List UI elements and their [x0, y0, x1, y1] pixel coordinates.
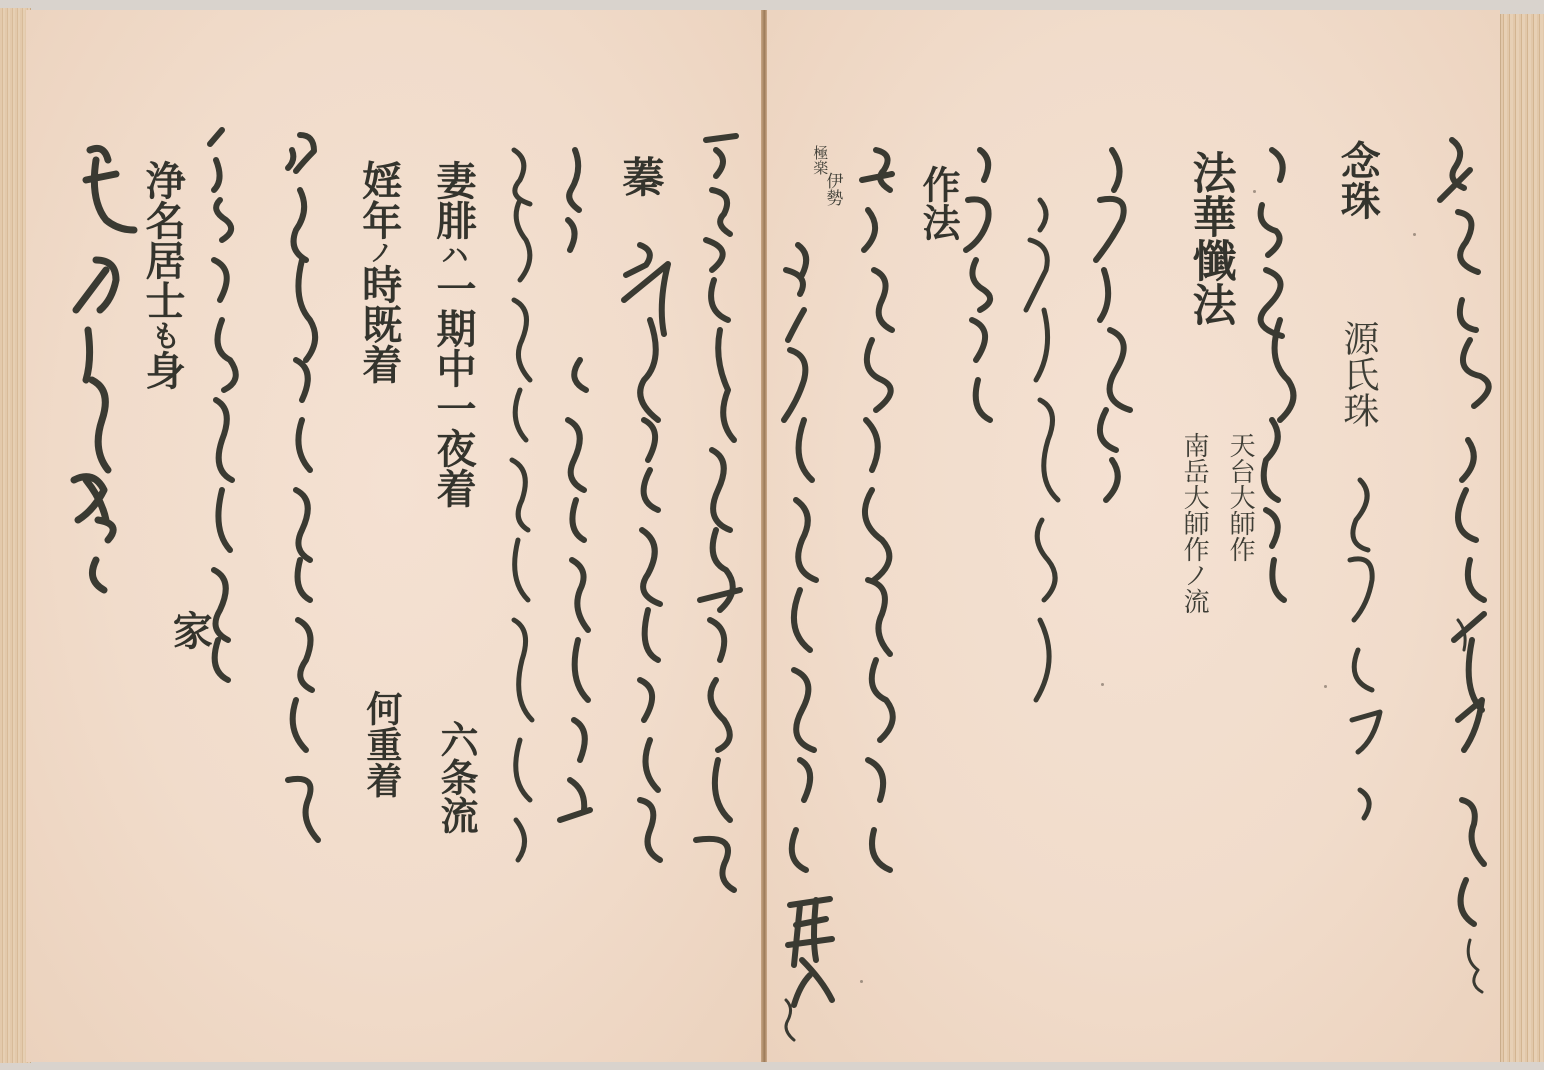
right-page-edges [1500, 14, 1544, 1062]
paper-speck [1253, 190, 1256, 193]
kanji-shin: 蓁 [618, 155, 663, 197]
right-page [767, 10, 1500, 1062]
text-rokujo-ryu: 六条流 [436, 720, 477, 834]
text-jomyo-koji: 浄名居士も身 [140, 160, 184, 390]
annotation-ise: 伊勢 [823, 172, 841, 206]
heading-nenju: 念珠 [1336, 140, 1379, 220]
paper-speck [1413, 233, 1416, 236]
text-nanju-chaku: 何重着 [362, 690, 401, 798]
paper-speck [1324, 685, 1327, 688]
heading-saho: 作法 [918, 165, 959, 241]
annotation-tendai-daishi: 天台大師作 [1226, 432, 1254, 562]
text-genjidama: 源氏珠 [1338, 320, 1377, 428]
text-column-l6: 婬年ノ時既着 [356, 160, 401, 384]
kanji-ie: 家 [168, 610, 211, 650]
paper-speck [1101, 683, 1104, 686]
annotation-gokuraku: 極楽 [812, 145, 828, 175]
open-book: 念珠 源氏珠 法華懺法 天台大師作 南岳大師作ノ流 作法 伊勢 極楽 蓁 妻腓ハ… [0, 0, 1544, 1070]
heading-hokke-senbo: 法華懺法 [1186, 150, 1234, 326]
text-column-l5: 妻腓ハ一期中一夜着 [432, 160, 474, 508]
paper-speck [860, 980, 863, 983]
annotation-nangaku-daishi: 南岳大師作ノ流 [1180, 432, 1208, 614]
